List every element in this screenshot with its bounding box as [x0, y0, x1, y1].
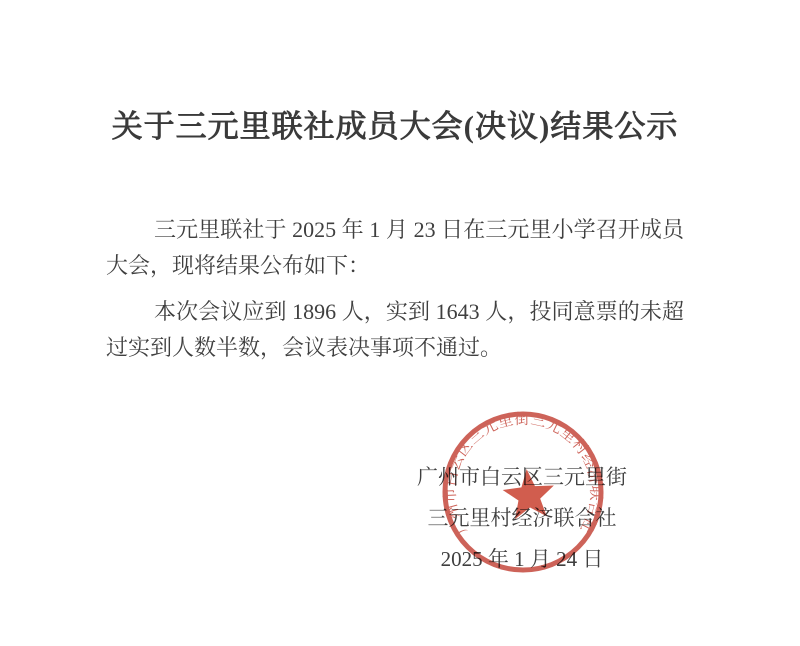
body-paragraph-1-line-2: 大会，现将结果公布如下：	[106, 248, 684, 284]
body-paragraph-2-line-1: 本次会议应到 1896 人，实到 1643 人，投同意票的未超	[106, 294, 684, 330]
scanned-document-page: 关于三元里联社成员大会(决议)结果公示 三元里联社于 2025 年 1 月 23…	[0, 0, 800, 646]
signature-org-line-2: 三元里村经济联合社	[372, 498, 672, 539]
body-paragraph-2-line-2: 过实到人数半数，会议表决事项不通过。	[106, 330, 684, 366]
document-title: 关于三元里联社成员大会(决议)结果公示	[106, 101, 684, 146]
signature-block: 广州市白云区三元里街 三元里村经济联合社 2025 年 1 月 24 日	[372, 457, 672, 580]
body-paragraph-1-line-1: 三元里联社于 2025 年 1 月 23 日在三元里小学召开成员	[106, 212, 684, 248]
signature-date: 2025 年 1 月 24 日	[372, 539, 672, 580]
signature-org-line-1: 广州市白云区三元里街	[372, 457, 672, 498]
document-body: 三元里联社于 2025 年 1 月 23 日在三元里小学召开成员 大会，现将结果…	[106, 212, 684, 366]
